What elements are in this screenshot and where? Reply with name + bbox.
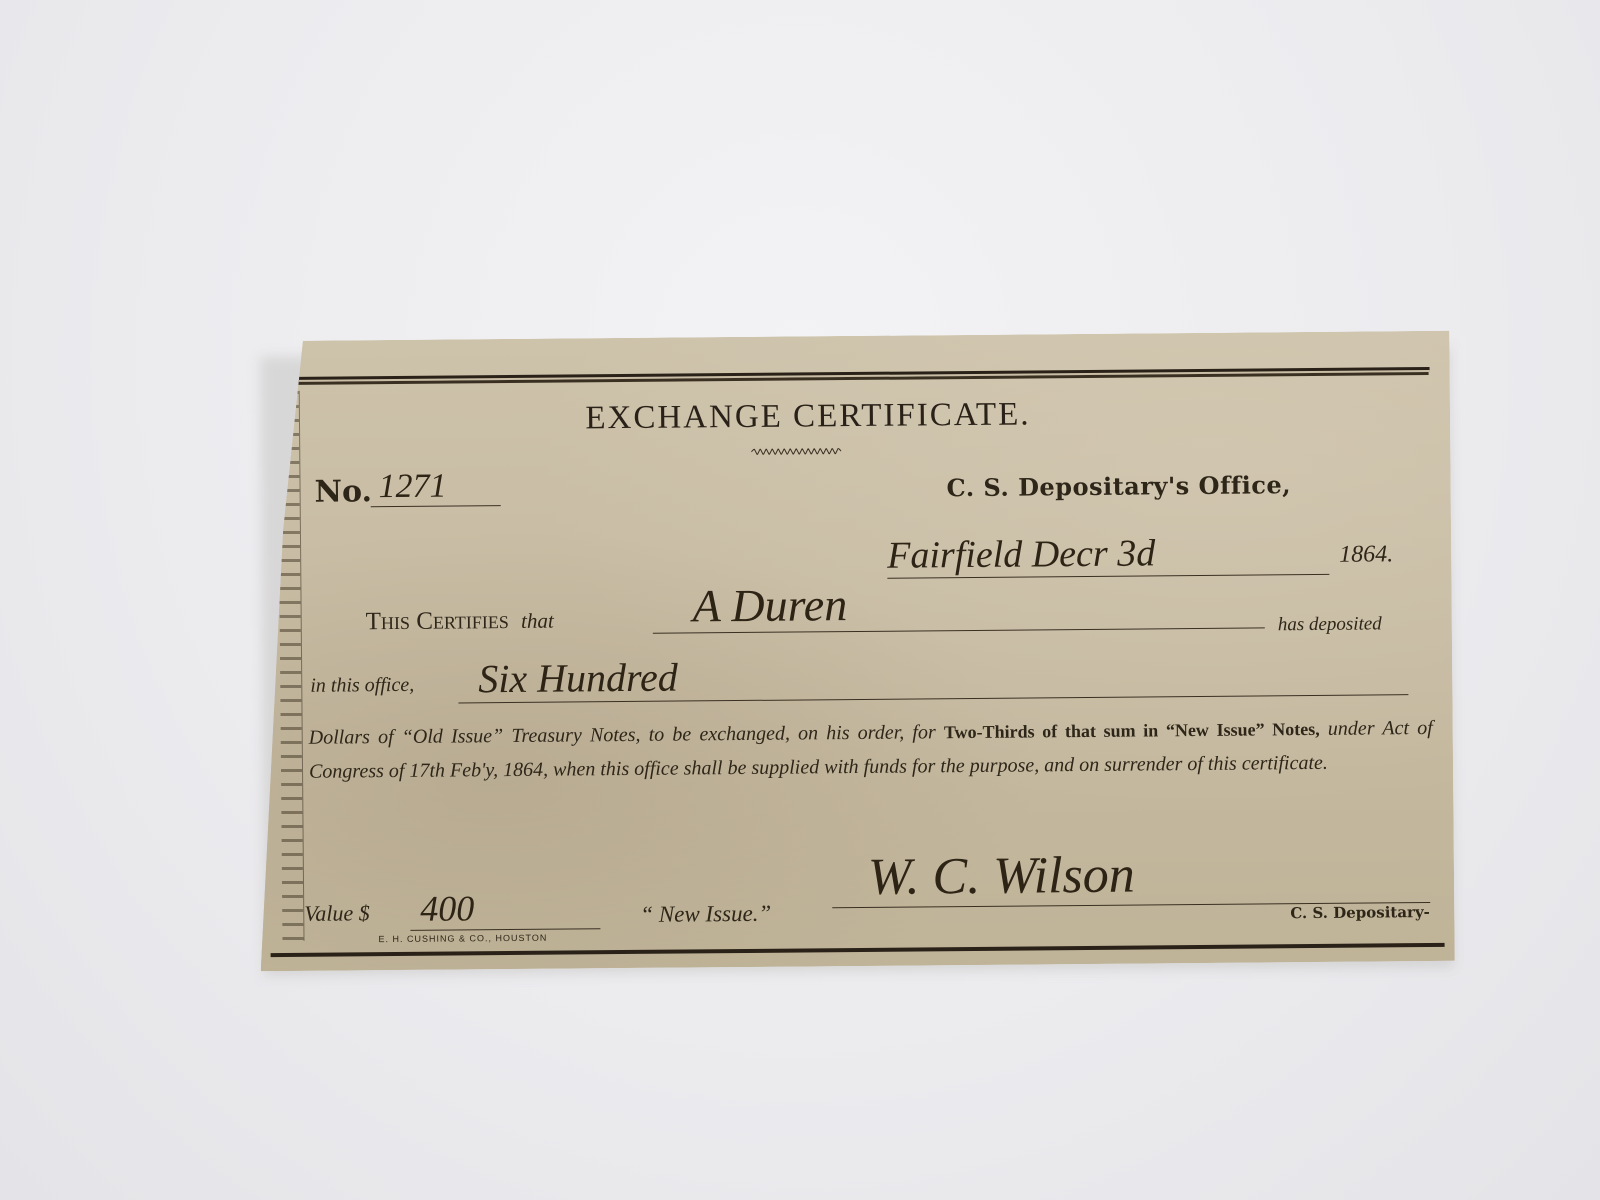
top-double-rule xyxy=(296,367,1430,382)
depositor-name-handwritten: A Duren xyxy=(652,574,1264,633)
number-label: No. xyxy=(314,474,372,509)
certifies-label: This Certifies that xyxy=(366,607,554,637)
has-deposited-text: has deposited xyxy=(1278,613,1382,636)
signature-title: C. S. Depositary- xyxy=(1290,903,1430,922)
exchange-certificate: EXCHANGE CERTIFICATE. No. 1271 C. S. Dep… xyxy=(255,331,1454,971)
body-part-1: Dollars of “Old Issue” Treasury Notes, t… xyxy=(309,721,936,748)
certificate-number: 1271 xyxy=(370,467,500,507)
that-text: that xyxy=(521,609,554,633)
certificate-body: Dollars of “Old Issue” Treasury Notes, t… xyxy=(309,711,1434,789)
new-issue-label: “ New Issue.” xyxy=(640,901,771,928)
in-office-text: in this office, xyxy=(310,674,414,698)
value-label: Value $ xyxy=(304,900,370,927)
depositary-office: C. S. Depositary's Office, xyxy=(946,470,1291,502)
value-amount-handwritten: 400 xyxy=(410,886,600,931)
body-part-2: Two-Thirds of that sum in “New Issue” No… xyxy=(944,719,1320,742)
year: 1864. xyxy=(1339,541,1393,568)
decorative-squiggle-icon xyxy=(751,448,841,455)
certificate-title: EXCHANGE CERTIFICATE. xyxy=(256,394,1360,441)
amount-words-handwritten: Six Hundred xyxy=(458,647,1408,703)
bottom-double-rule xyxy=(271,943,1445,957)
signature-handwritten: W. C. Wilson xyxy=(832,843,1431,908)
printer-imprint: E. H. CUSHING & CO., HOUSTON xyxy=(378,933,547,944)
place-date-handwritten: Fairfield Decr 3d xyxy=(887,530,1329,579)
certifies-text: This Certifies xyxy=(366,607,509,635)
